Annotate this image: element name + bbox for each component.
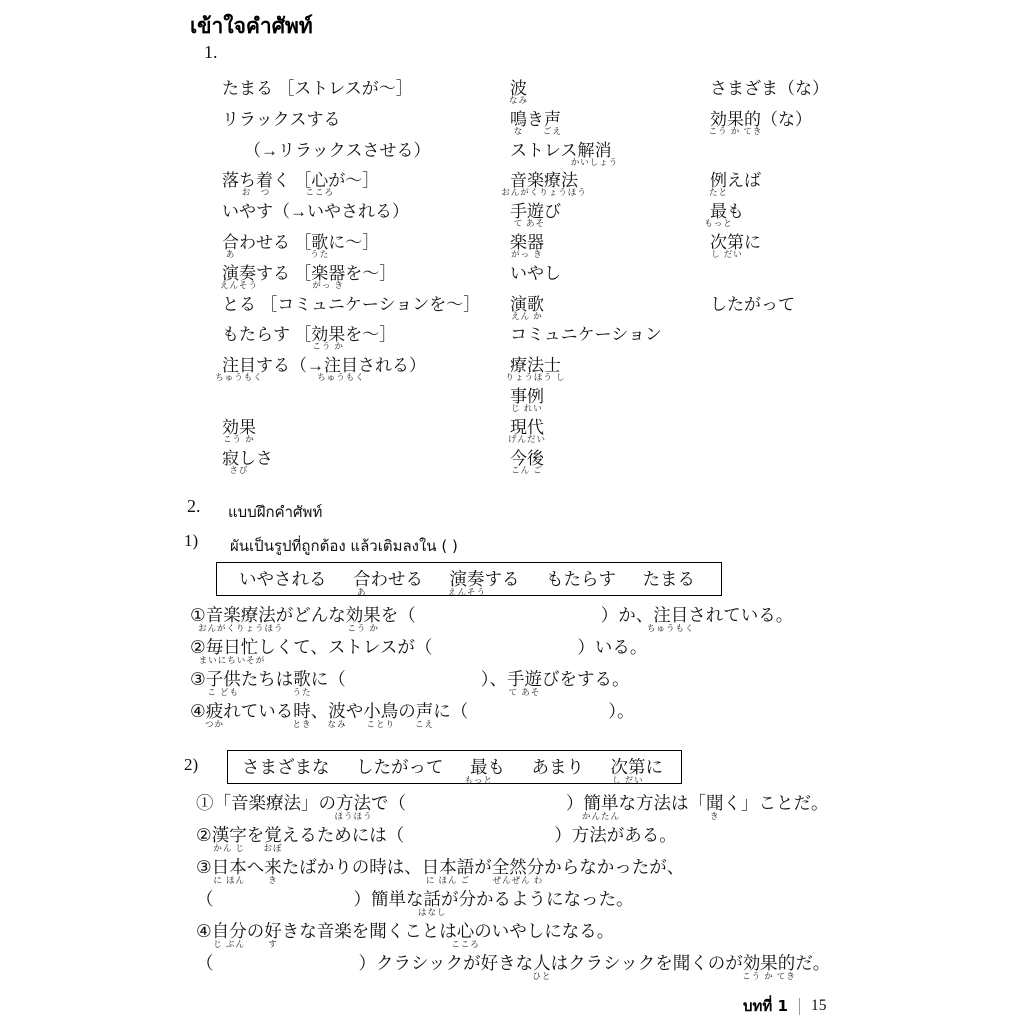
answer-blank [468,716,608,717]
text-run: ）いる。 [577,637,647,657]
sentence-line: （）クラシックが好きなひと人はクラシックを聞くのがこう か てき効果的だ。 [196,950,830,982]
text-run: 、 [311,701,329,721]
ruby-word: し だい次第 [710,228,744,253]
part2-sentences: ①「音楽療法」のほうほう方法で（）かんたん簡単な方法は「き聞く」ことだ。②かん … [196,790,830,982]
ruby-word: がっ き楽器 [510,228,544,253]
ruby-word: こう か効果 [222,413,256,438]
vocab-item: もっと最も [710,197,744,222]
ruby-word: かん じ漢字 [212,822,247,847]
furigana: りょうほう し [505,373,565,382]
furigana: まいにちいそが [199,656,266,665]
text-run: さまざま（な） [710,79,829,98]
word-bank-item: したがって [356,754,444,779]
ruby-word: じ れい事例 [510,382,544,407]
furigana: こん ご [511,466,543,475]
vocab-item: な鳴きごえ声 [510,105,561,130]
vocab-item: こう か てき効果的（な） [710,105,812,130]
ruby-word: こえ声 [416,698,434,723]
vocab-item: あ合わせる ［うた歌に〜］ [222,228,379,253]
furigana: こう か [223,435,255,444]
ruby-word: ぜんぜん わ全然分 [492,854,545,879]
ruby-word: おぼ覚 [264,822,282,847]
chapter-label: บทที่ 1 [743,994,788,1018]
text-run: がどんな [276,605,346,625]
furigana: おんがくりょうほう [198,624,284,633]
text-run: びをする。 [542,669,630,689]
text-run: たまる ［ストレスが〜］ [222,79,413,98]
text-run: ）クラシックが好きな [359,953,534,973]
furigana: つか [205,720,224,729]
furigana: あそ [526,219,545,228]
text-run: （→リラックスさせる） [244,141,431,160]
furigana: がっ き [511,250,543,259]
ruby-word: げんだい現代 [510,413,544,438]
word-bank-item: あまり [532,754,585,779]
sentence-line: ①おんがくりょうほう音楽療法がどんなこう か効果を（）か、ちゅうもく注目されてい… [190,602,793,634]
ruby-word: とき時 [293,698,311,723]
ruby-word: こころ心 [457,918,475,943]
furigana: うた [292,688,311,697]
furigana: おんがくりょうほう [501,188,587,197]
text-run: （ [196,953,214,973]
ruby-word: こころ心 [311,166,328,191]
furigana: こころ [305,188,334,197]
ruby-word: えんそう演奏 [450,566,485,591]
part2-number: 2) [184,755,198,775]
furigana: ぜんぜん わ [493,876,544,885]
text-run: たばかりの時は、 [282,857,422,877]
footer-divider [799,998,800,1015]
vocab-item: て手あそ遊び [510,197,561,222]
furigana: こう か [312,342,344,351]
ruby-word: なみ波 [328,698,346,723]
text-run: ① [190,605,206,625]
vocab-item: ストレスかいしょう解消 [510,136,612,161]
word-bank-item: あ合わせる [353,566,423,591]
text-run: ③ [190,669,206,689]
furigana: こう か [347,624,379,633]
sentence-line: （）簡単なはなし話が分かるようになった。 [196,886,830,918]
ruby-word: す好 [264,918,282,943]
furigana: さび [229,466,248,475]
furigana: はなし [418,908,447,917]
text-run: さまざまな [242,757,330,777]
furigana: うた [310,250,329,259]
furigana: ひと [532,972,551,981]
ruby-word: さび寂し [222,444,256,469]
ruby-word: おんがくりょうほう音楽療法 [206,602,276,627]
furigana: ほうほう [334,812,372,821]
furigana: し だい [612,776,644,785]
ruby-word: はなし話 [424,886,442,911]
ruby-word: がっ き楽器 [311,259,345,284]
text-run: れている [223,701,293,721]
ruby-word: うた歌 [293,666,311,691]
text-run: する ［ [256,264,311,283]
text-run: もたらす [546,569,616,589]
text-run: わせる [371,569,424,589]
text-run: ）。 [608,701,634,721]
word-bank-1: いやされるあ合わせるえんそう演奏するもたらすたまる [216,562,722,596]
ruby-word: まいにちいそが毎日忙 [206,634,259,659]
ruby-word: て あそ手遊 [507,666,542,691]
furigana: とき [292,720,311,729]
ruby-word: りょうほう し療法士 [510,351,561,376]
answer-blank [214,968,359,969]
answer-blank [432,652,577,653]
sentence-line: ④じ ぶん自分のす好きな音楽を聞くことはこころ心のいやしになる。 [196,918,830,950]
ruby-word: き来 [264,854,282,879]
text-run: び [544,202,561,221]
text-run: な方法は「 [619,793,707,813]
furigana: かん じ [213,844,245,853]
vocab-item: おんがくりょうほう音楽療法 [510,166,578,191]
text-run: する（→ [256,356,324,375]
text-run: いやす（→いやされる） [222,202,409,221]
answer-blank [404,840,554,841]
ruby-word: に ほん日本 [212,854,247,879]
vocab-item: さまざま（な） [710,74,829,99]
page-footer: บทที่ 1 15 [743,994,826,1018]
furigana: もっと [704,219,733,228]
ruby-word: あ合 [353,566,371,591]
text-run: も [488,757,506,777]
text-run: へ [247,857,265,877]
ruby-word: し だい次第 [611,754,646,779]
word-bank-2: さまざまなしたがってもっと最もあまりし だい次第に [227,750,682,784]
answer-blank [346,684,481,685]
vocab-item: じ れい事例 [510,382,544,407]
text-run: えるためには（ [282,825,405,845]
text-run: ② [190,637,206,657]
textbook-page: เข้าใจคำศัพท์ 1. たまる ［ストレスが〜］なみ波さまざま（な）リ… [0,0,1024,1024]
word-bank-item: いやされる [239,566,327,591]
furigana: こえ [415,720,434,729]
text-run: ）、 [481,669,507,689]
furigana: ことり [366,720,395,729]
text-run: しくて、ストレスが（ [258,637,432,657]
furigana: す [268,940,278,949]
vocab-item: がっ き楽器 [510,228,544,253]
text-run: あまり [532,757,585,777]
vocab-item: もたらす ［こう か効果を〜］ [222,320,396,345]
vocab-item: たまる ［ストレスが〜］ [222,74,413,99]
ruby-word: こう か効果 [346,602,381,627]
ruby-word: たと例 [710,166,727,191]
text-run: ）か、 [601,605,654,625]
furigana: お つ [242,188,271,197]
vocab-section-number: 1. [204,42,218,63]
ruby-word: こう か てき効果的 [710,105,761,130]
exercise-section-title: แบบฝึกคำศัพท์ [228,500,322,524]
ruby-word: あ合 [222,228,239,253]
text-run: されている。 [688,605,793,625]
furigana: ちゅうもく [317,373,365,382]
text-run: ①「音楽療法」の [196,793,336,813]
text-run: さ [256,449,273,468]
page-number: 15 [811,997,827,1015]
text-run: が分かるようになった。 [441,889,634,909]
text-run: される） [358,356,426,375]
furigana: なみ [327,720,346,729]
text-run: の [247,921,265,941]
text-run: に〜］ [328,233,379,252]
vocab-item: リラックスする [222,105,341,130]
sentence-line: ③に ほん日本へき来たばかりの時は、に ほん ご日本語がぜんぜん わ全然分からな… [196,854,830,886]
vocab-item: したがって [710,290,795,315]
text-run: ④ [196,921,212,941]
text-run: たちは [241,669,294,689]
text-run: はクラシックを聞くのが [551,953,743,973]
ruby-word: なみ波 [510,74,527,99]
furigana: なみ [509,96,528,105]
word-bank-item: たまる [643,566,696,591]
ruby-word: じ ぶん自分 [212,918,247,943]
text-run: したがって [356,757,444,777]
vocab-item: とる ［コミュニケーションを〜］ [222,290,480,315]
word-bank-item: もっと最も [470,754,505,779]
vocab-item: こん ご今後 [510,444,544,469]
furigana: あ [357,588,367,597]
sentence-line: ①「音楽療法」のほうほう方法で（）かんたん簡単な方法は「き聞く」ことだ。 [196,790,830,822]
vocab-item: いやし [510,259,561,284]
furigana: げんだい [508,435,546,444]
ruby-word: て手 [510,197,527,222]
furigana: がっ き [312,281,344,290]
furigana: もっと [464,776,493,785]
furigana: ちゅうもく [215,373,263,382]
word-bank-item: えんそう演奏する [450,566,520,591]
furigana: こう か てき [742,972,796,981]
text-run: わせる ［ [239,233,311,252]
answer-blank [214,904,354,905]
ruby-word: な鳴 [510,105,527,130]
furigana: じ ぶん [213,940,245,949]
text-run: ④ [190,701,206,721]
ruby-word: ほうほう方法 [336,790,371,815]
ruby-word: ちゅうもく注目 [222,351,256,376]
ruby-word: えん か演歌 [510,290,544,315]
furigana: じ れい [511,404,543,413]
vocab-item: えんそう演奏する ［がっ き楽器を〜］ [222,259,396,284]
text-run: ）方法がある。 [554,825,677,845]
furigana: し だい [711,250,743,259]
ruby-word: ちゅうもく注目 [653,602,688,627]
answer-blank [406,808,566,809]
text-run: たまる [643,569,696,589]
vocab-item: えん か演歌 [510,290,544,315]
word-bank-item: もたらす [546,566,616,591]
furigana: かいしょう [571,158,619,167]
ruby-word: こ ども子供 [206,666,241,691]
ruby-word: お つ落ち着く [222,166,290,191]
ruby-word: もっと最 [710,197,727,222]
ruby-word: こう か効果 [311,320,345,345]
text-run: に（ [433,701,468,721]
text-run: が〜］ [328,171,379,190]
vocab-item: たと例えば [710,166,761,191]
text-run: ） [566,793,584,813]
text-run: を [247,825,265,845]
vocab-item: コミュニケーション [510,320,662,345]
text-run: に（ [311,669,346,689]
vocab-item: し だい次第に [710,228,761,253]
text-run: で（ [371,793,406,813]
text-run: いやし [510,264,561,283]
vocab-item: なみ波 [510,74,527,99]
text-run: ② [196,825,212,845]
ruby-word: き聞 [706,790,724,815]
ruby-word: うた歌 [311,228,328,253]
furigana: ちゅうもく [647,624,695,633]
furigana: こう か てき [709,127,763,136]
furigana: な [514,127,524,136]
sentence-line: ③こ ども子供たちはうた歌に（）、て あそ手遊びをする。 [190,666,793,698]
text-run: や [346,701,364,721]
furigana: て [514,219,524,228]
ruby-word: ごえ声 [544,105,561,130]
sentence-line: ②かん じ漢字をおぼ覚えるためには（）方法がある。 [196,822,830,854]
text-run: リラックスする [222,110,341,129]
vocab-item: こう か効果 [222,413,256,438]
text-run: えば [727,171,761,190]
vocab-item: いやす（→いやされる） [222,197,409,222]
furigana: こころ [451,940,480,949]
ruby-word: ひと人 [533,950,551,975]
furigana: おぼ [263,844,282,853]
furigana: き [268,876,278,885]
ruby-word: つか疲 [206,698,224,723]
answer-blank [416,620,601,621]
text-run: に [646,757,664,777]
text-run: ストレス [510,141,578,160]
text-run: きな音楽を聞くことは [282,921,457,941]
text-run: の [398,701,416,721]
text-run: いやされる [239,569,327,589]
part1-sentences: ①おんがくりょうほう音楽療法がどんなこう か効果を（）か、ちゅうもく注目されてい… [190,602,793,730]
furigana: に ほん [213,876,245,885]
word-bank-item: さまざまな [242,754,330,779]
ruby-word: おんがくりょうほう音楽療法 [510,166,578,191]
ruby-word: こう か てき効果的 [743,950,796,975]
ruby-word: ちゅうもく注目 [324,351,358,376]
sentence-line: ④つか疲れているとき時、なみ波やことり小鳥のこえ声に（）。 [190,698,793,730]
ruby-word: かんたん簡単 [584,790,619,815]
ruby-word: こん ご今後 [510,444,544,469]
text-run: コミュニケーション [510,325,662,344]
text-run: だ。 [795,953,830,973]
ruby-word: あそ遊 [527,197,544,222]
ruby-word: えんそう演奏 [222,259,256,284]
ruby-word: かいしょう解消 [578,136,612,161]
text-run: とる ［コミュニケーションを〜］ [222,295,480,314]
page-title: เข้าใจคำศัพท์ [190,10,313,43]
text-run: したがって [710,295,795,314]
vocab-item: ちゅうもく注目する（→ちゅうもく注目される） [222,351,426,376]
text-run: もたらす ［ [222,325,311,344]
furigana: かんたん [582,812,620,821]
vocab-item: げんだい現代 [510,413,544,438]
furigana: えんそう [448,588,486,597]
text-run: に [744,233,761,252]
text-run: を〜］ [345,264,396,283]
vocab-item: （→リラックスさせる） [222,136,431,161]
ruby-word: ことり小鳥 [363,698,398,723]
text-run: する [485,569,520,589]
ruby-word: に ほん ご日本語 [422,854,475,879]
furigana: えんそう [220,281,258,290]
furigana: あ [226,250,236,259]
part1-instruction: ผันเป็นรูปที่ถูกต้อง แล้วเติมลงใน ( ) [230,534,458,558]
furigana: えん か [511,312,543,321]
vocab-item: さび寂しさ [222,444,273,469]
text-run: を〜］ [345,325,396,344]
text-run: （な） [761,110,812,129]
part1-number: 1) [184,531,198,551]
ruby-word: もっと最 [470,754,488,779]
text-run: からなかったが、 [544,857,684,877]
furigana: こ ども [207,688,239,697]
furigana: き [710,812,720,821]
furigana: たと [709,188,728,197]
text-run: ）簡単な [354,889,424,909]
furigana: て あそ [509,688,541,697]
text-run: のいやしになる。 [474,921,614,941]
word-bank-item: し だい次第に [611,754,664,779]
text-run: を（ [381,605,416,625]
furigana: に ほん ご [426,876,470,885]
text-run: ③ [196,857,212,877]
text-run: き [527,110,544,129]
vocab-item: りょうほう し療法士 [510,351,561,376]
text-run: く」ことだ。 [724,793,829,813]
vocab-item: お つ落ち着く ［こころ心が〜］ [222,166,379,191]
text-run: （ [196,889,214,909]
sentence-line: ②まいにちいそが毎日忙しくて、ストレスが（）いる。 [190,634,793,666]
exercise-section-number: 2. [187,496,201,517]
text-run: が [474,857,492,877]
furigana: ごえ [543,127,562,136]
